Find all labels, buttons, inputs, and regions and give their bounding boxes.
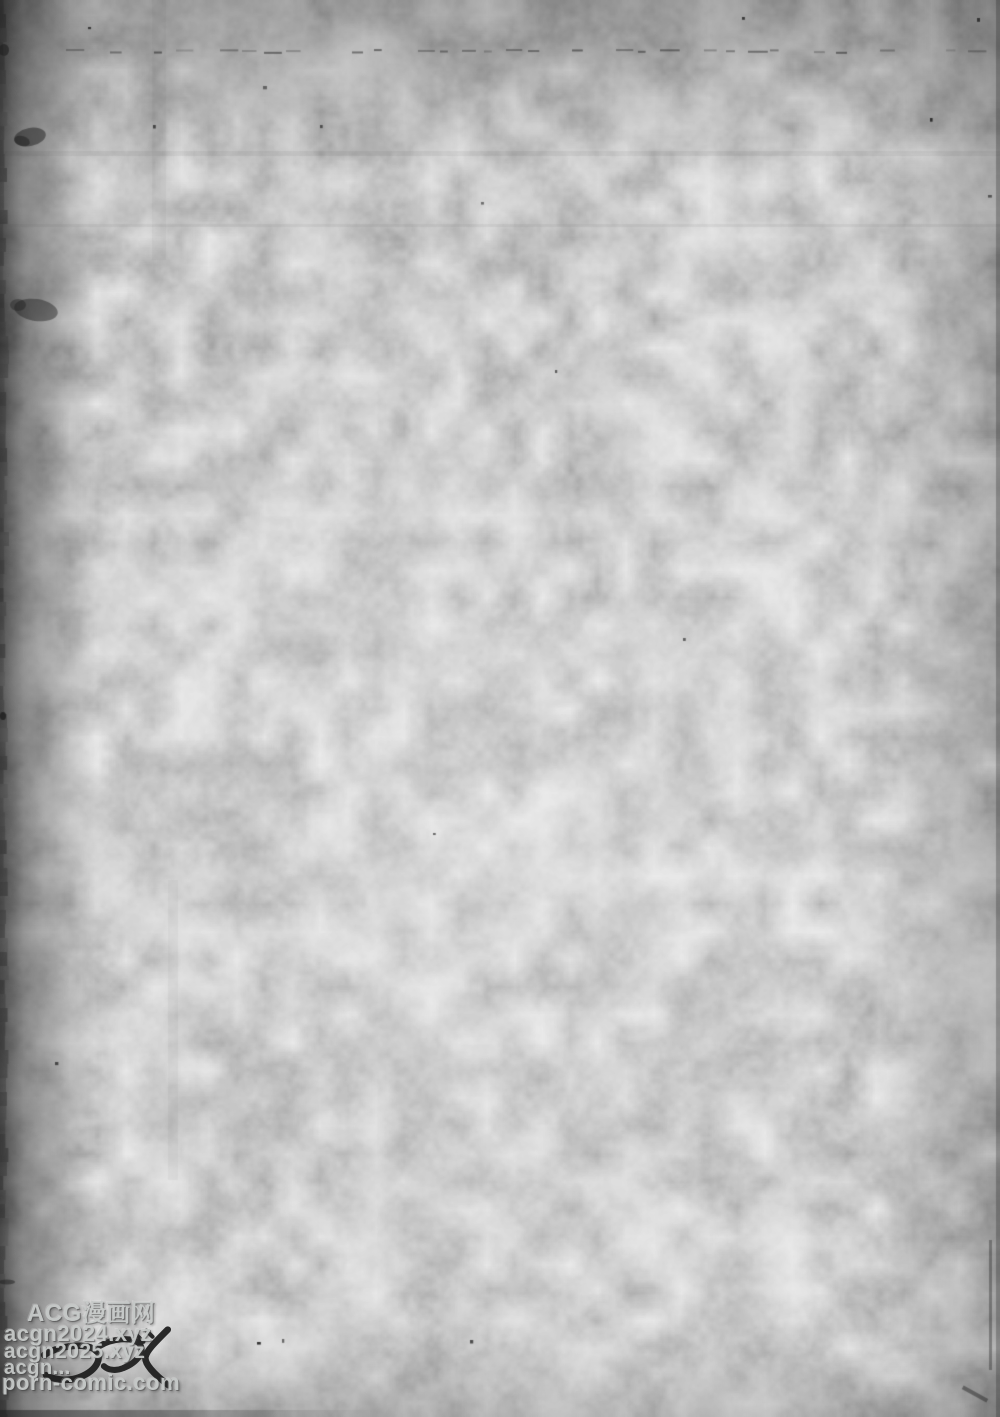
watermark-url-4: porn-comic.com — [2, 1372, 180, 1394]
scanned-page: ACG漫画网 acgn2024.xyz acgn2025.xyz acgn...… — [0, 0, 1000, 1417]
paper-texture — [0, 0, 1000, 1417]
